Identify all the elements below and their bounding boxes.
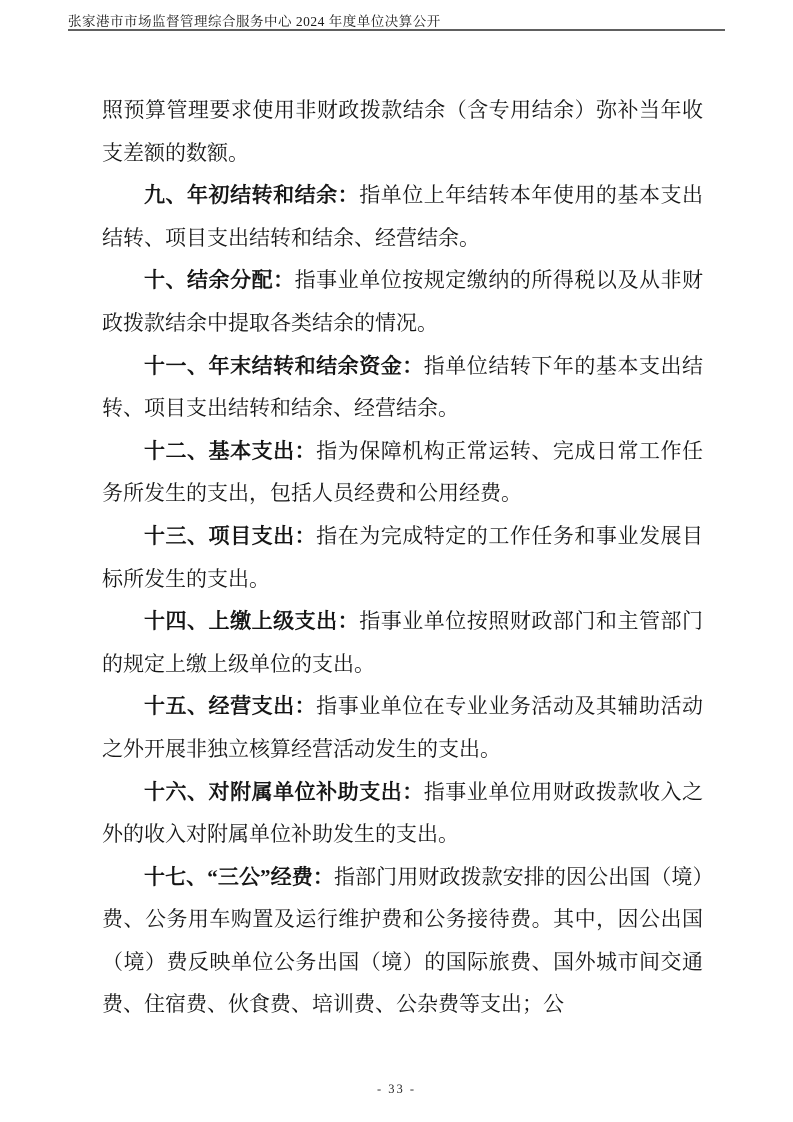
definition-paragraph: 十四、上缴上级支出：指事业单位按照财政部门和主管部门的规定上缴上级单位的支出。: [102, 600, 703, 685]
definition-term: 十一、年末结转和结余资金：: [144, 354, 424, 378]
definition-paragraph: 十七、“三公”经费：指部门用财政拨款安排的因公出国（境）费、公务用车购置及运行维…: [102, 856, 703, 1026]
definition-paragraph: 十二、基本支出：指为保障机构正常运转、完成日常工作任务所发生的支出，包括人员经费…: [102, 430, 703, 515]
definition-paragraph: 十、结余分配：指事业单位按规定缴纳的所得税以及从非财政拨款结余中提取各类结余的情…: [102, 259, 703, 344]
definition-paragraph: 十六、对附属单位补助支出：指事业单位用财政拨款收入之外的收入对附属单位补助发生的…: [102, 771, 703, 856]
definition-paragraph: 十一、年末结转和结余资金：指单位结转下年的基本支出结转、项目支出结转和结余、经营…: [102, 345, 703, 430]
definition-term: 十四、上缴上级支出：: [144, 609, 359, 633]
definition-term: 十五、经营支出：: [144, 694, 316, 718]
definition-paragraph: 十三、项目支出：指在为完成特定的工作任务和事业发展目标所发生的支出。: [102, 515, 703, 600]
document-page: 张家港市市场监督管理综合服务中心 2024 年度单位决算公开 照预算管理要求使用…: [0, 0, 793, 1122]
definition-paragraph: 九、年初结转和结余：指单位上年结转本年使用的基本支出结转、项目支出结转和结余、经…: [102, 174, 703, 259]
header-divider-rule: [68, 29, 725, 31]
paragraph-continuation: 照预算管理要求使用非财政拨款结余（含专用结余）弥补当年收支差额的数额。: [102, 89, 703, 174]
definition-term: 十六、对附属单位补助支出：: [144, 780, 424, 804]
definition-term: 十七、“三公”经费：: [144, 865, 334, 889]
page-header-title: 张家港市市场监督管理综合服务中心 2024 年度单位决算公开: [68, 10, 441, 30]
definition-paragraph: 十五、经营支出：指事业单位在专业业务活动及其辅助活动之外开展非独立核算经营活动发…: [102, 685, 703, 770]
document-body: 照预算管理要求使用非财政拨款结余（含专用结余）弥补当年收支差额的数额。 九、年初…: [102, 89, 703, 1026]
definition-term: 十、结余分配：: [144, 268, 295, 292]
definition-term: 十三、项目支出：: [144, 524, 316, 548]
paragraph-text: 照预算管理要求使用非财政拨款结余（含专用结余）弥补当年收支差额的数额。: [102, 98, 703, 165]
definition-term: 十二、基本支出：: [144, 439, 316, 463]
page-number: - 33 -: [0, 1082, 793, 1097]
definition-term: 九、年初结转和结余：: [144, 183, 359, 207]
